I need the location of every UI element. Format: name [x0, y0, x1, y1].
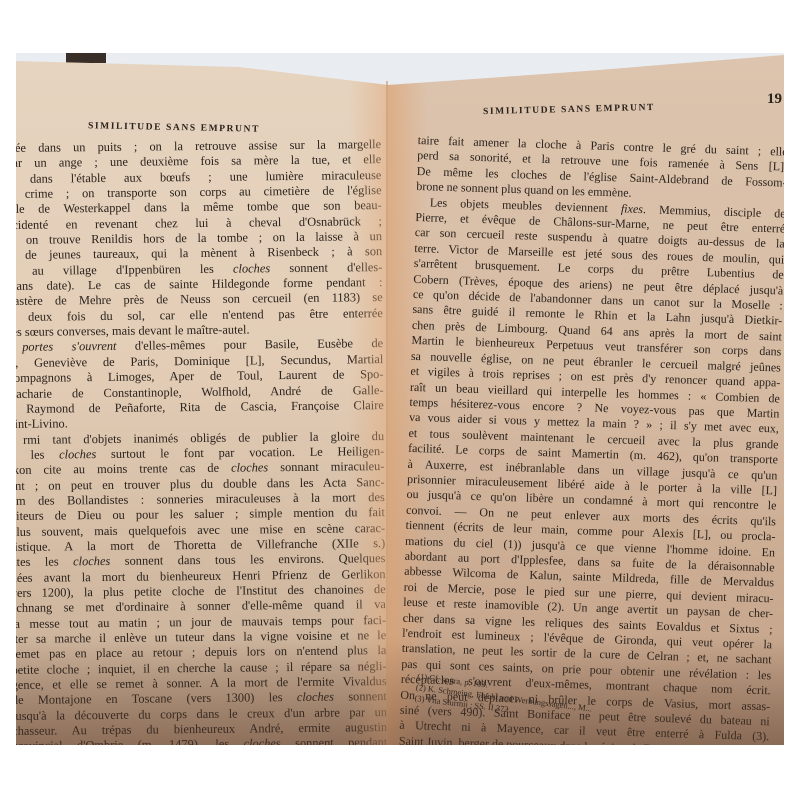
book-photo: SIMILITUDE SANS EMPRUNT etée dans un pui… — [16, 53, 784, 745]
page-number: 19 — [767, 91, 782, 108]
right-page: SIMILITUDE SANS EMPRUNT 19 taire fait am… — [388, 53, 784, 745]
background-object — [66, 53, 106, 63]
left-page: SIMILITUDE SANS EMPRUNT etée dans un pui… — [16, 53, 388, 745]
right-running-head: SIMILITUDE SANS EMPRUNT — [483, 103, 655, 117]
left-running-head: SIMILITUDE SANS EMPRUNT — [88, 121, 260, 135]
left-page-body: etée dans un puits ; on la retrouve assi… — [16, 137, 388, 745]
right-page-body: taire fait amener la cloche à Paris cont… — [399, 133, 784, 745]
book-gutter — [386, 81, 388, 745]
